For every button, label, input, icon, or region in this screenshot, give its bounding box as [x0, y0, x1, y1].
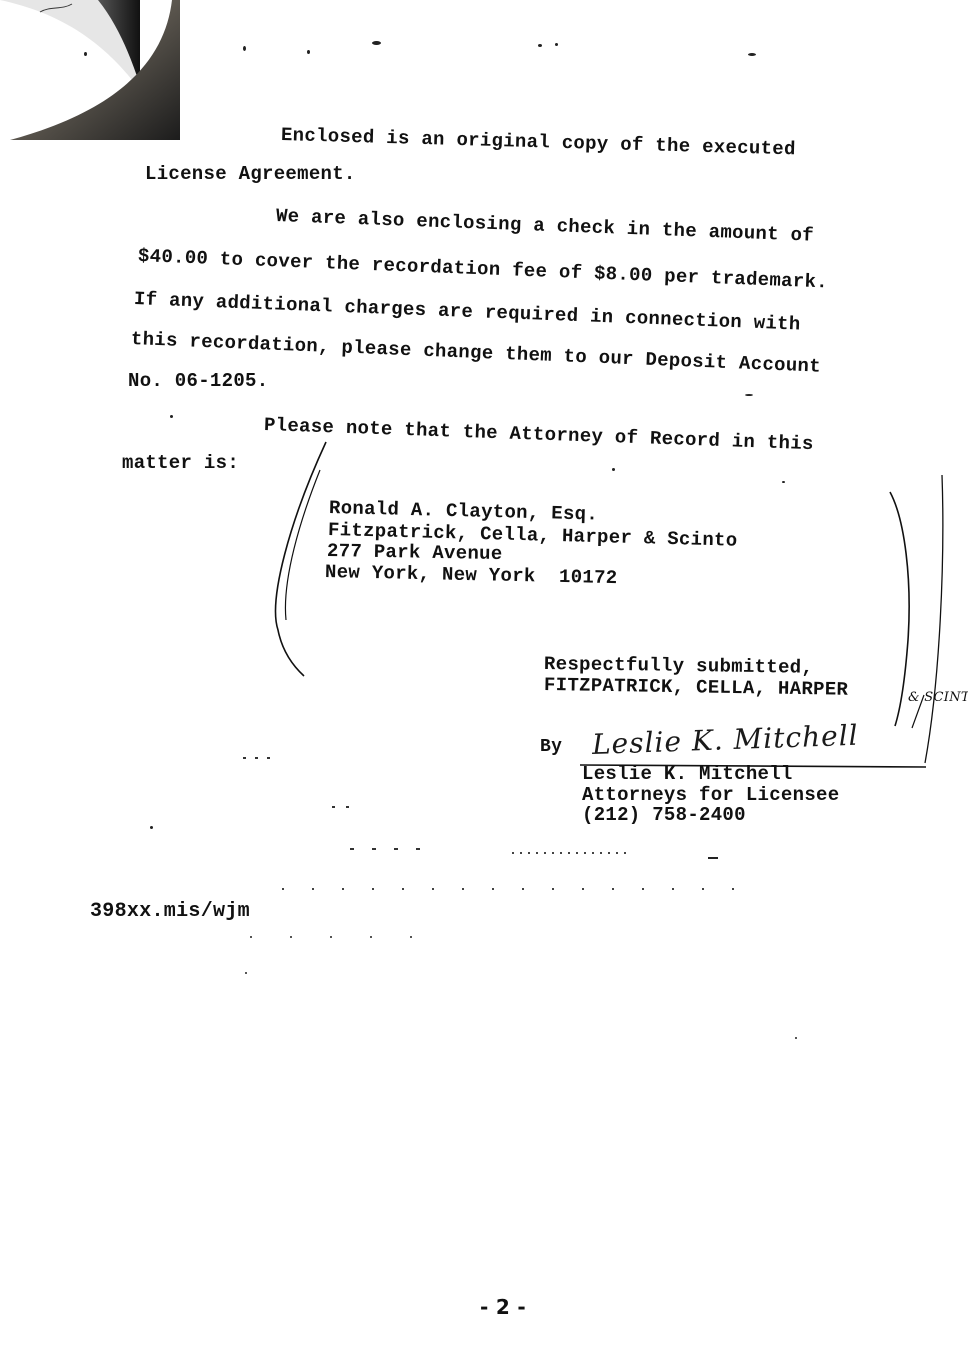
signer-role: Attorneys for Licensee — [582, 785, 839, 805]
reference-code: 398xx.mis/wjm — [90, 900, 250, 923]
signer-phone: (212) 758-2400 — [582, 805, 746, 825]
closing-firm-handwritten-suffix: & SCINTO — [908, 690, 968, 705]
page-curl-bottom-right — [0, 0, 180, 140]
page-number: - 2 - — [480, 1295, 526, 1319]
signer-name: Leslie K. Mitchell — [582, 764, 793, 784]
by-label: By — [540, 737, 562, 757]
document-page: Enclosed is an original copy of the exec… — [0, 0, 968, 1365]
closing-firm: FITZPATRICK, CELLA, HARPER — [544, 675, 849, 700]
